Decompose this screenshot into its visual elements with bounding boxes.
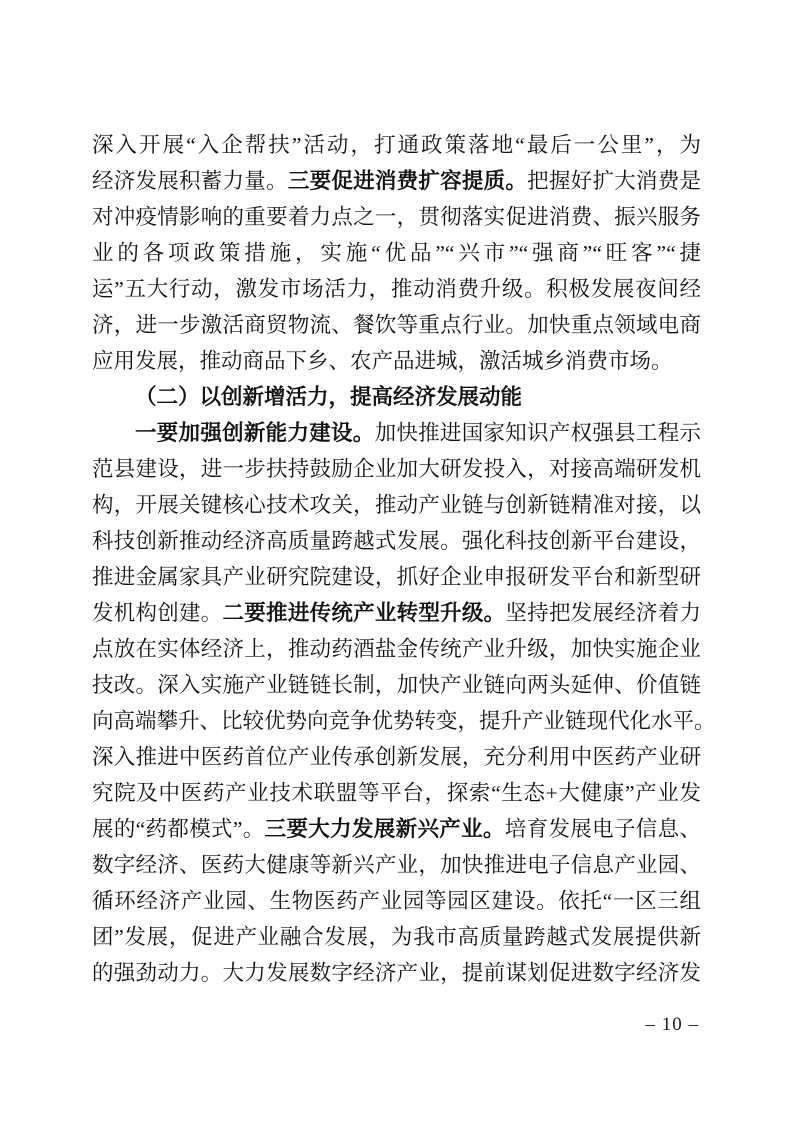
text-line: 运”五大行动，激发市场活力，推动消费升级。积极发展夜间经 [92, 271, 701, 307]
text-line: 发机构创建。二要推进传统产业转型升级。坚持把发展经济着力 [92, 595, 701, 631]
text-line: 济，进一步激活商贸物流、餐饮等重点行业。加快重点领域电商 [92, 307, 701, 343]
document-page: 深入开展“入企帮扶”活动，打通政策落地“最后一公里”，为 经济发展积蓄力量。三要… [0, 0, 793, 1122]
text-line: 深入推进中医药首位产业传承创新发展，充分利用中医药产业研 [92, 739, 701, 775]
text-segment: 坚持把发展经济着力 [505, 601, 701, 625]
section-heading-text: （二）以创新增活力，提高经济发展动能 [135, 385, 522, 409]
text-line: 应用发展，推动商品下乡、农产品进城，激活城乡消费市场。 [92, 343, 701, 379]
text-line: 推进金属家具产业研究院建设，抓好企业申报研发平台和新型研 [92, 559, 701, 595]
text-segment: 应用发展，推动商品下乡、农产品进城，激活城乡消费市场。 [92, 349, 673, 373]
text-segment: 深入推进中医药首位产业传承创新发展，充分利用中医药产业研 [92, 745, 701, 769]
text-line: 对冲疫情影响的重要着力点之一，贯彻落实促进消费、振兴服务 [92, 199, 701, 235]
text-segment-bold: 三要大力发展新兴产业。 [265, 817, 505, 841]
text-segment: 点放在实体经济上，推动药酒盐金传统产业升级，加快实施企业 [92, 637, 701, 661]
page-number: – 10 – [646, 1014, 700, 1036]
text-segment: 加快推进国家知识产权强县工程示 [375, 421, 701, 445]
text-line: 技改。深入实施产业链链长制，加快产业链向两头延伸、价值链 [92, 667, 701, 703]
text-line: 数字经济、医药大健康等新兴产业，加快推进电子信息产业园、 [92, 847, 701, 883]
text-line: 展的“药都模式”。三要大力发展新兴产业。培育发展电子信息、 [92, 811, 701, 847]
text-line: 向高端攀升、比较优势向竞争优势转变，提升产业链现代化水平。 [92, 703, 701, 739]
text-segment: 济，进一步激活商贸物流、餐饮等重点行业。加快重点领域电商 [92, 313, 701, 337]
text-line: 业的各项政策措施，实施“优品”“兴市”“强商”“旺客”“捷 [92, 235, 701, 271]
text-segment: 把握好扩大消费是 [527, 169, 701, 193]
text-segment: 的强劲动力。大力发展数字经济产业，提前谋划促进数字经济发 [92, 961, 701, 985]
text-line: 经济发展积蓄力量。三要促进消费扩容提质。把握好扩大消费是 [92, 163, 701, 199]
text-segment: 技改。深入实施产业链链长制，加快产业链向两头延伸、价值链 [92, 673, 701, 697]
text-segment: 运”五大行动，激发市场活力，推动消费升级。积极发展夜间经 [92, 277, 701, 301]
text-segment: 构，开展关键核心技术攻关，推动产业链与创新链精准对接，以 [92, 493, 701, 517]
text-segment: 展的“药都模式”。 [92, 817, 265, 841]
text-segment: 数字经济、医药大健康等新兴产业，加快推进电子信息产业园、 [92, 853, 701, 877]
text-segment: 究院及中医药产业技术联盟等平台，探索“生态+大健康”产业发 [92, 781, 701, 805]
text-segment: 经济发展积蓄力量。 [92, 169, 288, 193]
text-segment-bold: 一要加强创新能力建设。 [135, 421, 375, 445]
text-line: 团”发展，促进产业融合发展，为我市高质量跨越式发展提供新 [92, 919, 701, 955]
text-line: 科技创新推动经济高质量跨越式发展。强化科技创新平台建设， [92, 523, 701, 559]
text-line: 究院及中医药产业技术联盟等平台，探索“生态+大健康”产业发 [92, 775, 701, 811]
text-segment: 培育发展电子信息、 [505, 817, 701, 841]
text-segment: 推进金属家具产业研究院建设，抓好企业申报研发平台和新型研 [92, 565, 701, 589]
text-segment: 发机构创建。 [92, 601, 223, 625]
text-line: 点放在实体经济上，推动药酒盐金传统产业升级，加快实施企业 [92, 631, 701, 667]
text-segment: 深入开展“入企帮扶”活动，打通政策落地“最后一公里”，为 [92, 133, 701, 157]
text-segment: 循环经济产业园、生物医药产业园等园区建设。依托“一区三组 [92, 889, 701, 913]
text-line: 范县建设，进一步扶持鼓励企业加大研发投入，对接高端研发机 [92, 451, 701, 487]
text-segment: 科技创新推动经济高质量跨越式发展。强化科技创新平台建设， [92, 529, 701, 553]
document-body: 深入开展“入企帮扶”活动，打通政策落地“最后一公里”，为 经济发展积蓄力量。三要… [92, 127, 701, 991]
text-segment: 团”发展，促进产业融合发展，为我市高质量跨越式发展提供新 [92, 925, 701, 949]
text-line: 的强劲动力。大力发展数字经济产业，提前谋划促进数字经济发 [92, 955, 701, 991]
text-line: 循环经济产业园、生物医药产业园等园区建设。依托“一区三组 [92, 883, 701, 919]
text-segment: 范县建设，进一步扶持鼓励企业加大研发投入，对接高端研发机 [92, 457, 701, 481]
text-segment: 对冲疫情影响的重要着力点之一，贯彻落实促进消费、振兴服务 [92, 205, 701, 229]
text-line: 深入开展“入企帮扶”活动，打通政策落地“最后一公里”，为 [92, 127, 701, 163]
section-heading: （二）以创新增活力，提高经济发展动能 [92, 379, 701, 415]
text-segment-bold: 二要推进传统产业转型升级。 [223, 601, 506, 625]
text-line: 构，开展关键核心技术攻关，推动产业链与创新链精准对接，以 [92, 487, 701, 523]
text-line: 一要加强创新能力建设。加快推进国家知识产权强县工程示 [92, 415, 701, 451]
text-segment-bold: 三要促进消费扩容提质。 [288, 169, 527, 193]
text-segment: 向高端攀升、比较优势向竞争优势转变，提升产业链现代化水平。 [92, 709, 716, 733]
text-segment: 业的各项政策措施，实施“优品”“兴市”“强商”“旺客”“捷 [92, 241, 701, 265]
